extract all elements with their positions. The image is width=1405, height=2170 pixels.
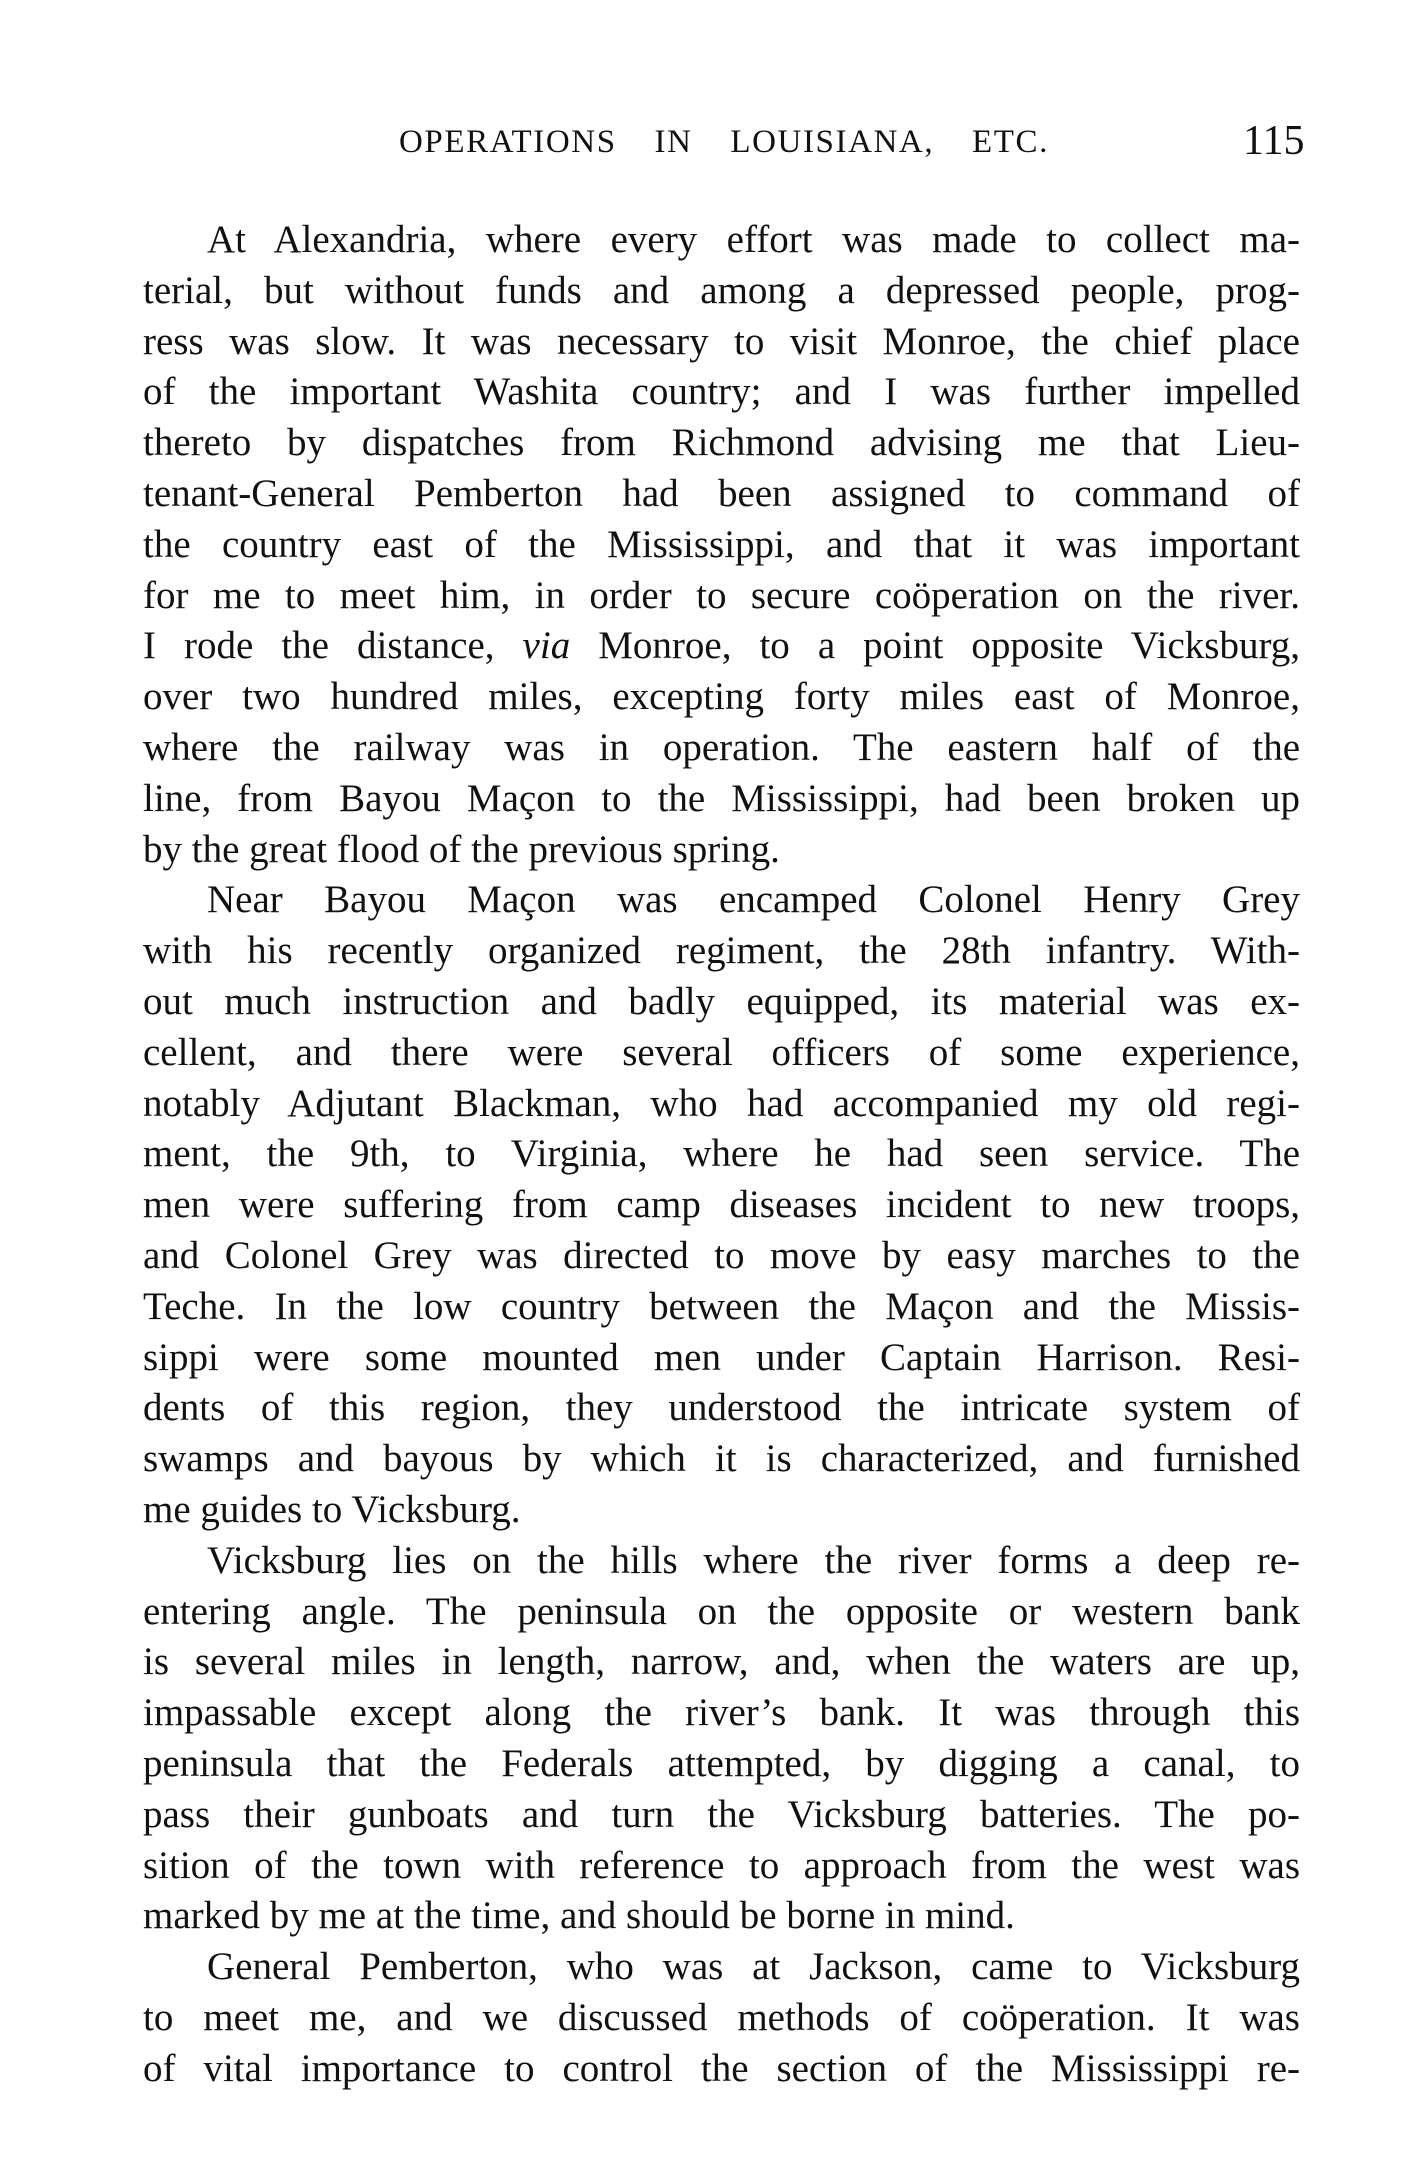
text-line: marked by me at the time, and should be … — [143, 1891, 1300, 1942]
text-line: At Alexandria, where every effort was ma… — [143, 215, 1300, 266]
page-number: 115 — [1243, 119, 1303, 163]
text-line: over two hundred miles, excepting forty … — [143, 672, 1300, 723]
paragraph-4: General Pemberton, who was at Jackson, c… — [143, 1942, 1300, 2094]
text-line: where the railway was in operation. The … — [143, 723, 1300, 774]
running-head-title: OPERATIONS IN LOUISIANA, ETC. — [399, 122, 1049, 162]
text-line: peninsula that the Federals attempted, b… — [143, 1739, 1300, 1790]
paragraph-3: Vicksburg lies on the hills where the ri… — [143, 1536, 1300, 1942]
text-segment: Monroe, to a point opposite Vicksburg, — [570, 624, 1300, 667]
text-line: men were suffering from camp diseases in… — [143, 1180, 1300, 1231]
text-line: and Colonel Grey was directed to move by… — [143, 1231, 1300, 1282]
text-line: the country east of the Mississippi, and… — [143, 520, 1300, 571]
text-line: thereto by dispatches from Richmond advi… — [143, 418, 1300, 469]
text-segment: I rode the distance, — [143, 624, 523, 667]
text-line: notably Adjutant Blackman, who had accom… — [143, 1079, 1300, 1130]
text-line: for me to meet him, in order to secure c… — [143, 571, 1300, 622]
text-line: tenant-General Pemberton had been assign… — [143, 469, 1300, 520]
text-line: Vicksburg lies on the hills where the ri… — [143, 1536, 1300, 1587]
text-line: ress was slow. It was necessary to visit… — [143, 317, 1300, 368]
text-line: with his recently organized regiment, th… — [143, 926, 1300, 977]
text-line: line, from Bayou Maçon to the Mississipp… — [143, 774, 1300, 825]
text-line: to meet me, and we discussed methods of … — [143, 1993, 1300, 2044]
italic-via: via — [523, 624, 571, 667]
text-line: by the great flood of the previous sprin… — [143, 825, 1300, 876]
text-line-with-italic: I rode the distance, via Monroe, to a po… — [143, 621, 1300, 672]
body-text: At Alexandria, where every effort was ma… — [143, 215, 1300, 2094]
text-line: of vital importance to control the secti… — [143, 2044, 1300, 2095]
text-line: impassable except along the river’s bank… — [143, 1688, 1300, 1739]
text-line: sippi were some mounted men under Captai… — [143, 1333, 1300, 1384]
text-line: of the important Washita country; and I … — [143, 367, 1300, 418]
text-line: Teche. In the low country between the Ma… — [143, 1282, 1300, 1333]
text-line: is several miles in length, narrow, and,… — [143, 1637, 1300, 1688]
text-line: swamps and bayous by which it is charact… — [143, 1434, 1300, 1485]
paragraph-2: Near Bayou Maçon was encamped Colonel He… — [143, 875, 1300, 1535]
text-line: terial, but without funds and among a de… — [143, 266, 1300, 317]
text-line: me guides to Vicksburg. — [143, 1485, 1300, 1536]
text-line: pass their gunboats and turn the Vicksbu… — [143, 1790, 1300, 1841]
paragraph-1: At Alexandria, where every effort was ma… — [143, 215, 1300, 875]
text-line: cellent, and there were several officers… — [143, 1028, 1300, 1079]
text-line: sition of the town with reference to app… — [143, 1841, 1300, 1892]
text-line: Near Bayou Maçon was encamped Colonel He… — [143, 875, 1300, 926]
book-page: OPERATIONS IN LOUISIANA, ETC. 115 At Ale… — [0, 0, 1405, 2170]
text-line: General Pemberton, who was at Jackson, c… — [143, 1942, 1300, 1993]
text-line: entering angle. The peninsula on the opp… — [143, 1587, 1300, 1638]
text-line: out much instruction and badly equipped,… — [143, 977, 1300, 1028]
text-line: ment, the 9th, to Virginia, where he had… — [143, 1129, 1300, 1180]
text-line: dents of this region, they understood th… — [143, 1383, 1300, 1434]
